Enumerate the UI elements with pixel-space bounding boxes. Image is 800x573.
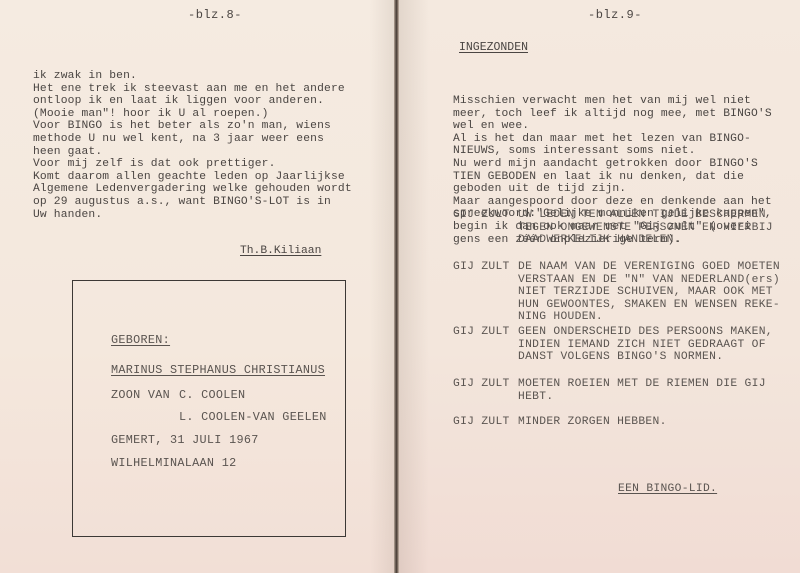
text-line: HUN GEWOONTES, SMAKEN EN WENSEN REKE- bbox=[518, 299, 780, 312]
text-line: Al is het dan maar met het lezen van BIN… bbox=[453, 133, 772, 146]
text-line: DANST VOLGENS BINGO'S NORMEN. bbox=[518, 351, 773, 364]
text-line: Het ene trek ik steevast aan me en het a… bbox=[33, 83, 352, 96]
text-line: INDIEN IEMAND ZICH NIET GEDRAAGT OF bbox=[518, 339, 773, 352]
commandment-body: MOETEN ROEIEN MET DE RIEMEN DIE GIJHEBT. bbox=[518, 378, 766, 403]
commandment-body: DE NAAM VAN DE VERENIGING GOED MOETENVER… bbox=[518, 261, 780, 324]
right-page: -blz.9- INGEZONDEN Misschien verwacht me… bbox=[399, 0, 800, 573]
text-line: NIET TERZIJDE SCHUIVEN, MAAR OOK MET bbox=[518, 286, 780, 299]
text-line: UW LEDEN TEN ALLEN TIJDE BESCHERMEN bbox=[518, 209, 773, 222]
text-line: TIEN GEBODEN en laat ik nu denken, dat d… bbox=[453, 171, 772, 184]
text-line: HEBT. bbox=[518, 391, 766, 404]
son-of-label: ZOON VAN bbox=[111, 388, 170, 402]
commandment-lead: GIJ ZULT bbox=[453, 416, 510, 429]
text-line: op 29 augustus a.s., want BINGO'S-LOT is… bbox=[33, 196, 352, 209]
gutter-shadow-right bbox=[399, 0, 429, 573]
text-line: geboden uit de tijd zijn. bbox=[453, 183, 772, 196]
text-line: ik zwak in ben. bbox=[33, 70, 352, 83]
birth-announcement-box: GEBOREN: MARINUS STEPHANUS CHRISTIANUS Z… bbox=[72, 280, 346, 537]
text-line: meer, toch leef ik altijd nog mee, met B… bbox=[453, 108, 772, 121]
text-line: VERSTAAN EN DE "N" VAN NEDERLAND(ers) bbox=[518, 274, 780, 287]
text-line: (Mooie man"! hoor ik U al roepen.) bbox=[33, 108, 352, 121]
left-body-text: ik zwak in ben.Het ene trek ik steevast … bbox=[33, 70, 352, 221]
left-page: -blz.8- ik zwak in ben.Het ene trek ik s… bbox=[0, 0, 396, 573]
page-number-left: -blz.8- bbox=[188, 8, 242, 22]
commandment-lead: GIJ ZULT bbox=[453, 378, 510, 391]
page-number-right: -blz.9- bbox=[588, 8, 642, 22]
commandment-body: MINDER ZORGEN HEBBEN. bbox=[518, 416, 667, 429]
text-line: DAADWERKELIJK HANDELEN. bbox=[518, 234, 773, 247]
place-date: GEMERT, 31 JULI 1967 bbox=[111, 433, 259, 447]
gutter-shadow-left bbox=[370, 0, 394, 573]
text-line: Uw handen. bbox=[33, 209, 352, 222]
commandment-body: UW LEDEN TEN ALLEN TIJDE BESCHERMENTEGEN… bbox=[518, 209, 773, 247]
text-line: NIEUWS, soms interessant soms niet. bbox=[453, 145, 772, 158]
text-line: MOETEN ROEIEN MET DE RIEMEN DIE GIJ bbox=[518, 378, 766, 391]
text-line: Nu werd mijn aandacht getrokken door BIN… bbox=[453, 158, 772, 171]
text-line: NING HOUDEN. bbox=[518, 311, 780, 324]
text-line: Voor BINGO is het beter als zo'n man, wi… bbox=[33, 120, 352, 133]
birth-heading: GEBOREN: bbox=[111, 333, 170, 347]
text-line: Algemene Ledenvergadering welke gehouden… bbox=[33, 183, 352, 196]
mother-name: L. COOLEN-VAN GEELEN bbox=[179, 410, 327, 424]
signature-kiliaan: Th.B.Kiliaan bbox=[240, 245, 321, 257]
text-line: ontloop ik en laat ik liggen voor andere… bbox=[33, 95, 352, 108]
text-line: GEEN ONDERSCHEID DES PERSOONS MAKEN, bbox=[518, 326, 773, 339]
section-heading-ingezonden: INGEZONDEN bbox=[459, 41, 528, 54]
text-line: Voor mij zelf is dat ook prettiger. bbox=[33, 158, 352, 171]
text-line: Misschien verwacht men het van mij wel n… bbox=[453, 95, 772, 108]
commandment-lead: GIJ ZULT bbox=[453, 261, 510, 274]
text-line: heen gaat. bbox=[33, 146, 352, 159]
commandment-lead: GIJ ZULT bbox=[453, 209, 510, 222]
signature-bingo-lid: EEN BINGO-LID. bbox=[618, 483, 717, 495]
text-line: Komt daarom allen geachte leden op Jaarl… bbox=[33, 171, 352, 184]
text-line: Maar aangespoord door deze en denkende a… bbox=[453, 196, 772, 209]
text-line: methode U nu wel kent, na 3 jaar weer ee… bbox=[33, 133, 352, 146]
text-line: TEGEN ONGEWENSTE PERSONEN EN HIERBIJ bbox=[518, 222, 773, 235]
text-line: MINDER ZORGEN HEBBEN. bbox=[518, 416, 667, 429]
text-line: DE NAAM VAN DE VERENIGING GOED MOETEN bbox=[518, 261, 780, 274]
text-line: wel en wee. bbox=[453, 120, 772, 133]
address: WILHELMINALAAN 12 bbox=[111, 456, 236, 470]
father-name: C. COOLEN bbox=[179, 388, 245, 402]
commandment-lead: GIJ ZULT bbox=[453, 326, 510, 339]
baby-name: MARINUS STEPHANUS CHRISTIANUS bbox=[111, 363, 325, 377]
commandment-body: GEEN ONDERSCHEID DES PERSOONS MAKEN,INDI… bbox=[518, 326, 773, 364]
